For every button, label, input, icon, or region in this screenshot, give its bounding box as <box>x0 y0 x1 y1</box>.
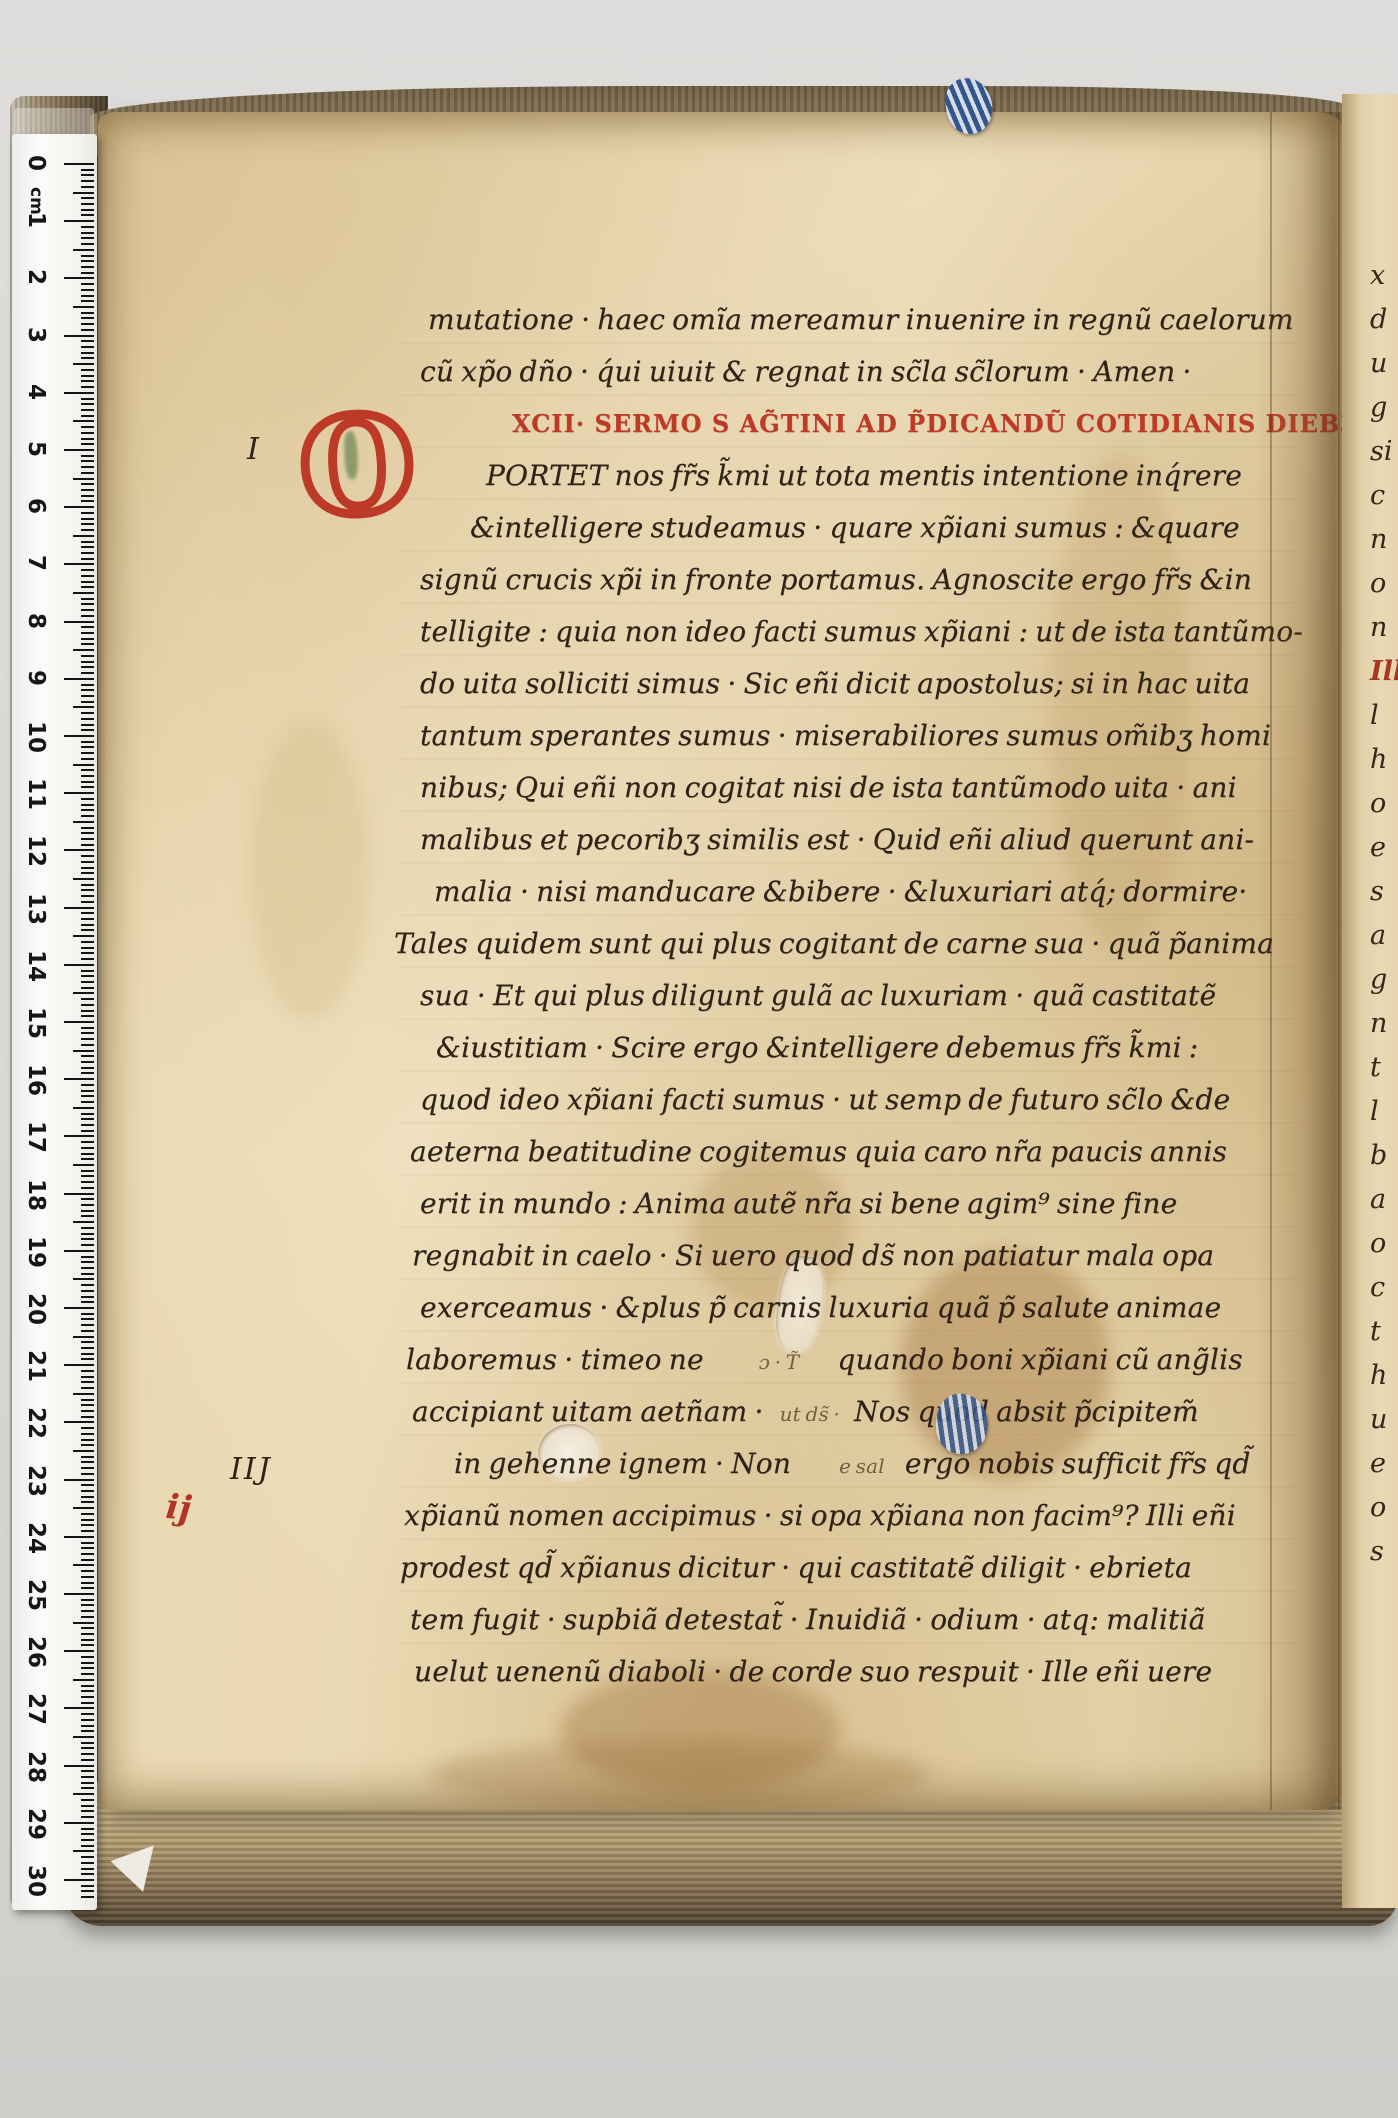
ruler-tick <box>64 335 94 337</box>
text-segment: cũ xp̃o dño · q́ui uiuit & regnat in sc̃… <box>420 355 1192 388</box>
ruler-tick <box>81 1782 94 1784</box>
ruler-tick <box>64 1364 94 1366</box>
ruler-tick <box>81 1805 94 1807</box>
text-segment: regnabit in caelo · Si uero quod ds̃ non… <box>412 1239 1214 1272</box>
ruler-tick <box>81 1696 94 1698</box>
ruler-tick <box>81 1599 94 1601</box>
ruler-tick <box>73 1050 94 1052</box>
ruler-tick <box>81 255 94 257</box>
ruler-tick <box>81 1467 94 1469</box>
ruler-tick <box>64 907 94 909</box>
ruler-tick <box>81 815 94 817</box>
ruler-tick <box>81 352 94 354</box>
ruler-number: 9 <box>23 664 49 692</box>
ruler-tick <box>64 506 94 508</box>
ruler-tick <box>81 1484 94 1486</box>
facing-text-fragment: e <box>1370 832 1386 863</box>
ruler-tick <box>81 1072 94 1074</box>
text-segment: prodest qd̃ xp̃ianus dicitur · qui casti… <box>400 1551 1192 1584</box>
facing-text-fragment: b <box>1370 1140 1387 1171</box>
ruler-tick <box>81 340 94 342</box>
ruler-tick <box>64 1135 94 1137</box>
ruler-tick <box>81 169 94 171</box>
text-segment: exerceamus · &plus p̃ carnis luxuria quã… <box>420 1291 1221 1324</box>
ruler-tick <box>81 1890 94 1892</box>
ruler-tick <box>81 769 94 771</box>
ruler-tick <box>81 1330 94 1332</box>
ruler-tick <box>81 1570 94 1572</box>
ruler-tick <box>73 878 94 880</box>
facing-text-fragment: g <box>1370 392 1387 423</box>
ruler-tick <box>81 1175 94 1177</box>
ruler-tick <box>81 1885 94 1887</box>
manuscript-line: xp̃ianũ nomen accipimus · si opa xp̃iana… <box>404 1490 1236 1542</box>
ruler-tick <box>81 1090 94 1092</box>
ruler-tick <box>81 375 94 377</box>
decorated-initial-O: O <box>297 405 421 537</box>
ruler-tick <box>73 1393 94 1395</box>
ruler-tick <box>73 1450 94 1452</box>
ruler-number: 12 <box>23 835 49 863</box>
ruler-tick <box>64 1879 94 1881</box>
ruler-tick <box>81 1433 94 1435</box>
ruler-tick <box>81 718 94 720</box>
ruler-tick <box>81 603 94 605</box>
ruler-tick <box>81 598 94 600</box>
ruler-tick <box>81 1141 94 1143</box>
ruler-tick <box>64 1536 94 1538</box>
ruler-tick <box>81 867 94 869</box>
manuscript-line: regnabit in caelo · Si uero quod ds̃ non… <box>412 1230 1214 1282</box>
ruler-tick <box>81 638 94 640</box>
ruler-tick <box>81 1513 94 1515</box>
ruler-tick <box>81 1559 94 1561</box>
ruler-tick <box>81 174 94 176</box>
ruler-tick <box>81 1061 94 1063</box>
ruler-tick <box>81 941 94 943</box>
ruler-number: 6 <box>23 492 49 520</box>
manuscript-line: Tales quidem sunt qui plus cogitant de c… <box>394 918 1274 970</box>
ruler-tick <box>81 975 94 977</box>
facing-text-fragment: l <box>1370 700 1379 731</box>
ruler-tick <box>81 1318 94 1320</box>
facing-text-fragment: g <box>1370 964 1387 995</box>
ruler-tick <box>81 1627 94 1629</box>
ruler-tick <box>81 495 94 497</box>
ruler-tick <box>81 1095 94 1097</box>
manuscript-line: tem fugit · supbiã detestat̃ · Inuidiã ·… <box>410 1594 1206 1646</box>
ruler-tick <box>81 1244 94 1246</box>
ruler-tick <box>73 992 94 994</box>
ruler-tick <box>81 209 94 211</box>
ruler-tick <box>73 1679 94 1681</box>
ruler-tick <box>73 363 94 365</box>
ruler-number: 4 <box>23 378 49 406</box>
ruler-tick <box>81 1376 94 1378</box>
ruler-tick <box>81 884 94 886</box>
ruler-tick <box>64 678 94 680</box>
ruler-tick <box>81 283 94 285</box>
damaged-text-segment: ɔ · T̃ <box>759 1350 800 1374</box>
ruler-tick <box>81 323 94 325</box>
manuscript-photo: mutatione · haec omĩa mereamur inuenire … <box>0 0 1398 2118</box>
ruler-number: 27 <box>23 1693 49 1721</box>
ruler-tick <box>81 1284 94 1286</box>
ruler-tick <box>81 1032 94 1034</box>
ruler-number: 18 <box>23 1179 49 1207</box>
ruler-tick <box>81 1770 94 1772</box>
ruler-tick <box>81 1719 94 1721</box>
ruler-tick <box>81 1370 94 1372</box>
ruler-tick <box>73 1336 94 1338</box>
ruler-number: 14 <box>23 950 49 978</box>
text-segment: &iustitiam · Scire ergo &intelligere deb… <box>436 1031 1198 1064</box>
ruler-tick <box>64 1021 94 1023</box>
margin-number-lower: IIJ <box>230 1452 272 1487</box>
ruler-tick <box>81 912 94 914</box>
text-segment: nibus; Qui eñi non cogitat nisi de ista … <box>420 771 1237 804</box>
ruler-tick <box>81 746 94 748</box>
ruler-tick <box>81 758 94 760</box>
facing-text-fragment: si <box>1370 436 1393 467</box>
ruler-tick <box>64 1593 94 1595</box>
ruler-tick <box>64 964 94 966</box>
ruler-tick <box>81 1296 94 1298</box>
text-segment: tem fugit · supbiã detestat̃ · Inuidiã ·… <box>410 1603 1206 1636</box>
ruler-tick <box>81 295 94 297</box>
ruler-tick <box>81 357 94 359</box>
ruler-tick <box>81 541 94 543</box>
ruler-tick <box>81 786 94 788</box>
ruler-tick <box>81 741 94 743</box>
text-segment: xp̃ianũ nomen accipimus · si opa xp̃iana… <box>404 1499 1236 1532</box>
ruler-tick <box>81 472 94 474</box>
ruler-tick <box>81 1530 94 1532</box>
ruler-tick <box>73 1622 94 1624</box>
manuscript-line: mutatione · haec omĩa mereamur inuenire … <box>428 294 1294 346</box>
text-segment: uelut uenenũ diaboli · de corde suo resp… <box>414 1655 1212 1688</box>
text-segment: Nos quod absit p̃cipitem̃ <box>854 1395 1199 1428</box>
ruler-tick <box>81 781 94 783</box>
ruler-tick <box>81 609 94 611</box>
ruler-tick <box>81 981 94 983</box>
ruler-tick <box>81 415 94 417</box>
ruler-tick <box>73 249 94 251</box>
ruler-tick <box>81 1233 94 1235</box>
ruler-tick <box>73 1221 94 1223</box>
ruler-tick <box>81 1856 94 1858</box>
facing-text-fragment: o <box>1370 788 1386 819</box>
ruler-number: 5 <box>23 435 49 463</box>
ruler-tick <box>73 706 94 708</box>
ruler-tick <box>64 1193 94 1195</box>
ruler-tick <box>81 346 94 348</box>
ruler-number: 24 <box>23 1522 49 1550</box>
ruler-tick <box>81 987 94 989</box>
text-segment: accipiant uitam aetñam · <box>412 1395 764 1428</box>
ruler-tick <box>81 1410 94 1412</box>
ruler-tick <box>73 821 94 823</box>
ruler-tick <box>81 1204 94 1206</box>
ruler-tick <box>81 672 94 674</box>
ruler-tick <box>81 626 94 628</box>
ruler-tick <box>81 438 94 440</box>
ruler-tick <box>81 1816 94 1818</box>
ruler-tick <box>81 1404 94 1406</box>
ruler-tick <box>73 1507 94 1509</box>
ruler-tick <box>81 1519 94 1521</box>
ruler-tick <box>81 1256 94 1258</box>
ruler-tick <box>81 1587 94 1589</box>
ruler-tick <box>81 546 94 548</box>
ruler-tick <box>81 1273 94 1275</box>
manuscript-line: malibus et pecoribʒ similis est · Quid e… <box>420 814 1254 866</box>
facing-text-fragment: h <box>1370 744 1387 775</box>
ruler-tick <box>81 1662 94 1664</box>
text-segment: Tales quidem sunt qui plus cogitant de c… <box>394 927 1274 960</box>
ruler-tick <box>81 558 94 560</box>
ruler-tick <box>81 512 94 514</box>
manuscript-line: erit in mundo : Anima autẽ nr̃a si bene … <box>420 1178 1177 1230</box>
ruler-tick <box>81 232 94 234</box>
ruler-tick <box>81 1416 94 1418</box>
ruler-tick <box>81 1576 94 1578</box>
ruler-number: 10 <box>23 721 49 749</box>
text-segment: &intelligere studeamus · quare xp̃iani s… <box>470 511 1240 544</box>
ruler-tick <box>81 1673 94 1675</box>
ruler-tick <box>81 1787 94 1789</box>
ruler-tick <box>81 775 94 777</box>
text-segment: sua · Et qui plus diligunt gulã ac luxur… <box>420 979 1216 1012</box>
ruler-tick <box>81 1524 94 1526</box>
ruler-tick <box>81 1610 94 1612</box>
ruler-tick <box>81 180 94 182</box>
text-segment: signũ crucis xp̃i in fronte portamus. Ag… <box>420 563 1252 596</box>
manuscript-line: laboremus · timeo neɔ · T̃quando boni xp… <box>406 1334 1243 1388</box>
ruler-tick <box>81 432 94 434</box>
ruler-tick <box>81 1473 94 1475</box>
ruler-tick <box>81 1868 94 1870</box>
ruler-tick <box>81 266 94 268</box>
facing-text-fragment: n <box>1370 524 1387 555</box>
ruler-tick <box>81 970 94 972</box>
ruler-tick <box>81 300 94 302</box>
margin-number-upper: I <box>247 432 259 467</box>
facing-text-fragment: o <box>1370 568 1386 599</box>
ruler-tick <box>64 735 94 737</box>
text-segment: erit in mundo : Anima autẽ nr̃a si bene … <box>420 1187 1177 1220</box>
ruler-tick <box>64 220 94 222</box>
ruler-tick <box>81 329 94 331</box>
ruler-tick <box>81 1290 94 1292</box>
facing-page-sliver: xdugsicnonIlllhoesagntlbaocthueos <box>1342 94 1398 1908</box>
ruler-tick <box>81 460 94 462</box>
ruler-tick <box>81 1713 94 1715</box>
ruler-tick <box>81 1187 94 1189</box>
text-segment: do uita solliciti simus · Sic eñi dicit … <box>420 667 1250 700</box>
ruler-tick <box>81 855 94 857</box>
ruler-tick <box>81 1210 94 1212</box>
ruler-number: 17 <box>23 1121 49 1149</box>
ruler-tick <box>81 1427 94 1429</box>
facing-text-fragment: t <box>1370 1052 1381 1083</box>
ruler-tick <box>81 832 94 834</box>
ruler-tick <box>81 466 94 468</box>
ruler-tick <box>81 518 94 520</box>
ruler-tick <box>64 1765 94 1767</box>
text-segment: laboremus · timeo ne <box>406 1343 704 1376</box>
ruler-tick <box>81 1496 94 1498</box>
manuscript-line: PORTET nos fr̃s k̃mi ut tota mentis inte… <box>486 450 1242 502</box>
ruler-tick <box>81 809 94 811</box>
ruler-tick <box>81 918 94 920</box>
ruler-tick <box>81 243 94 245</box>
ruler-tick <box>81 1547 94 1549</box>
ruler-tick <box>81 1742 94 1744</box>
ruler-number: 23 <box>23 1465 49 1493</box>
ruler-tick <box>81 729 94 731</box>
ruler-tick <box>81 312 94 314</box>
ruler-tick <box>81 958 94 960</box>
manuscript-line: prodest qd̃ xp̃ianus dicitur · qui casti… <box>400 1542 1192 1594</box>
ruler-tick <box>81 1896 94 1898</box>
manuscript-line: uelut uenenũ diaboli · de corde suo resp… <box>414 1646 1212 1698</box>
ruler-tick <box>81 632 94 634</box>
ruler-tick <box>64 1822 94 1824</box>
facing-text-fragment: u <box>1370 1404 1387 1435</box>
ruler-tick <box>73 478 94 480</box>
ruler-tick <box>64 1250 94 1252</box>
ruler-tick <box>81 214 94 216</box>
ruler-tick <box>64 1078 94 1080</box>
facing-text-fragment: s <box>1370 876 1384 907</box>
ruler-tick <box>64 792 94 794</box>
ruler-tick <box>81 929 94 931</box>
ruler-tick <box>81 1153 94 1155</box>
rubric-line: XCII· SERMO S AG̃TINI AD P̃DICANDŨ COTID… <box>512 398 1376 450</box>
ruler-tick <box>81 724 94 726</box>
ruler-tick <box>73 1736 94 1738</box>
ruler-tick <box>64 1421 94 1423</box>
ruler-number: 3 <box>23 321 49 349</box>
ruler-number: 0 <box>23 149 49 177</box>
ruler-tick <box>81 317 94 319</box>
manuscript-line: telligite : quia non ideo facti sumus xp… <box>420 606 1303 658</box>
ruler-tick <box>81 1101 94 1103</box>
ruler-tick <box>81 1810 94 1812</box>
ruler-tick <box>81 1501 94 1503</box>
ruler-number: 21 <box>23 1350 49 1378</box>
ruler-tick <box>81 455 94 457</box>
ruler-tick <box>81 426 94 428</box>
ruler-tick <box>81 529 94 531</box>
ruler-tick <box>81 1685 94 1687</box>
ruler-tick <box>81 1542 94 1544</box>
ruler-tick <box>81 1261 94 1263</box>
facing-text-fragment: u <box>1370 348 1387 379</box>
ruler-number: 28 <box>23 1751 49 1779</box>
ruler-tick <box>81 1553 94 1555</box>
manuscript-line: &iustitiam · Scire ergo &intelligere deb… <box>436 1022 1198 1074</box>
ruler-tick <box>81 1747 94 1749</box>
ruler-tick <box>81 1004 94 1006</box>
ruler-number: 8 <box>23 607 49 635</box>
ruler-tick <box>64 392 94 394</box>
ruler-tick <box>64 849 94 851</box>
ruler-tick <box>81 1604 94 1606</box>
ruler-tick <box>81 1215 94 1217</box>
ruler-tick <box>81 1181 94 1183</box>
ruler-tick <box>64 1479 94 1481</box>
ruler-unit-label: cm <box>26 187 46 211</box>
manuscript-line: do uita solliciti simus · Sic eñi dicit … <box>420 658 1250 710</box>
ruler-tick <box>81 186 94 188</box>
ruler-tick <box>81 226 94 228</box>
ruler-tick <box>64 1650 94 1652</box>
ruler-number: 29 <box>23 1808 49 1836</box>
ruler-tick <box>73 592 94 594</box>
text-segment: telligite : quia non ideo facti sumus xp… <box>420 615 1303 648</box>
ruler-tick <box>81 1667 94 1669</box>
ruler-tick <box>73 1278 94 1280</box>
ruler-tick <box>81 483 94 485</box>
ruler-tick <box>81 1456 94 1458</box>
facing-text-fragment: a <box>1370 920 1386 951</box>
ruler-number: 30 <box>23 1865 49 1893</box>
ruler-tick <box>81 1490 94 1492</box>
ruler-tick <box>81 655 94 657</box>
ruler-number: 20 <box>23 1293 49 1321</box>
ruler-tick <box>81 289 94 291</box>
facing-text-fragment: n <box>1370 1008 1387 1039</box>
ruler-tick <box>81 1055 94 1057</box>
ruler-tick <box>81 1381 94 1383</box>
manuscript-line: accipiant uitam aetñam ·ut ds̃ ·Nos quod… <box>412 1386 1199 1440</box>
ruler-tick <box>64 1707 94 1709</box>
facing-text-fragment: c <box>1370 480 1385 511</box>
facing-text-fragment: e <box>1370 1448 1386 1479</box>
text-segment: mutatione · haec omĩa mereamur inuenire … <box>428 303 1294 336</box>
text-segment: tantum sperantes sumus · miserabiliores … <box>420 719 1271 752</box>
ruler-tick <box>81 403 94 405</box>
ruler-tick <box>81 575 94 577</box>
manuscript-line: nibus; Qui eñi non cogitat nisi de ista … <box>420 762 1237 814</box>
ruler-tick <box>81 1399 94 1401</box>
damaged-text-segment: e sal <box>839 1454 885 1478</box>
ruler-tick <box>81 489 94 491</box>
ruler-tick <box>81 1582 94 1584</box>
ruler-tick <box>81 1044 94 1046</box>
ruler-number: 22 <box>23 1407 49 1435</box>
ruler-tick <box>81 1124 94 1126</box>
facing-text-fragment: n <box>1370 612 1387 643</box>
manuscript-line: malia · nisi manducare &bibere · &luxuri… <box>434 866 1247 918</box>
ruler-tick <box>81 643 94 645</box>
ruler-tick <box>81 1845 94 1847</box>
ruler-tick <box>81 1730 94 1732</box>
ruler-tick <box>73 764 94 766</box>
ruler-tick <box>81 1267 94 1269</box>
ruler-tick <box>81 1238 94 1240</box>
facing-text-fragment: a <box>1370 1184 1386 1215</box>
ruler-tick <box>81 1753 94 1755</box>
ruler-tick <box>81 1347 94 1349</box>
ruler-tick <box>81 409 94 411</box>
ruler-tick <box>81 1759 94 1761</box>
manuscript-line: &intelligere studeamus · quare xp̃iani s… <box>470 502 1240 554</box>
ruler-tick <box>81 1341 94 1343</box>
ruler-tick <box>81 1324 94 1326</box>
